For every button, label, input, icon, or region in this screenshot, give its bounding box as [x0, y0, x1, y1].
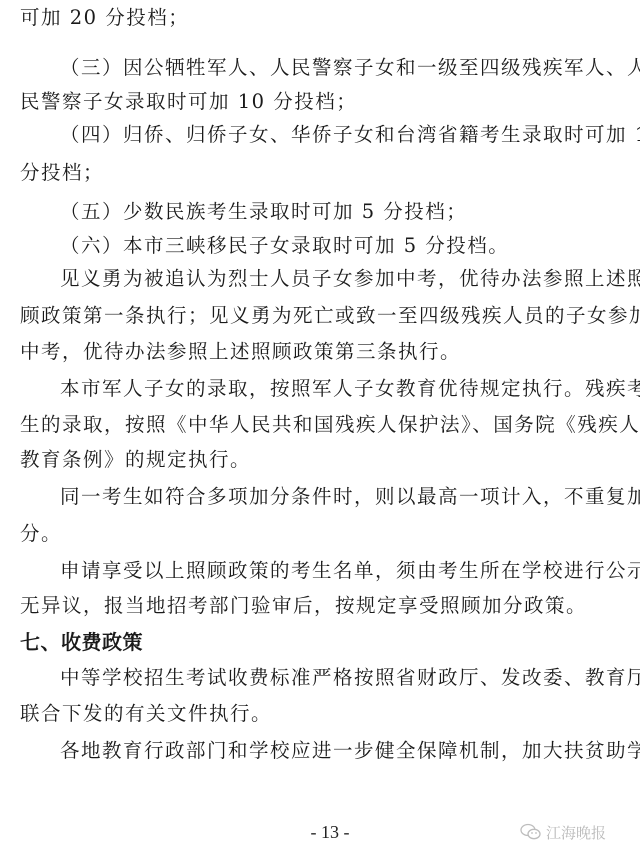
paragraph-line: 各地教育行政部门和学校应进一步健全保障机制，加大扶贫助学: [60, 737, 620, 765]
page-number: - 13 -: [300, 820, 360, 844]
watermark-text: 江海晚报: [546, 822, 606, 843]
paragraph-line: 申请享受以上照顾政策的考生名单，须由考生所在学校进行公示: [60, 557, 620, 585]
paragraph-line: （五）少数民族考生录取时可加 5 分投档；: [60, 198, 620, 226]
watermark: 江海晚报: [520, 820, 606, 844]
paragraph-line: 分。: [20, 520, 620, 548]
paragraph-line: 顾政策第一条执行；见义勇为死亡或致一至四级残疾人员的子女参加: [20, 302, 620, 330]
paragraph-line: （三）因公牺牲军人、人民警察子女和一级至四级残疾军人、人: [60, 54, 620, 82]
paragraph-line: 中等学校招生考试收费标准严格按照省财政厅、发改委、教育厅: [60, 664, 620, 692]
paragraph-line: 无异议，报当地招考部门验审后，按规定享受照顾加分政策。: [20, 592, 620, 620]
wechat-icon: [520, 823, 542, 841]
paragraph-line: 同一考生如符合多项加分条件时，则以最高一项计入，不重复加: [60, 483, 620, 511]
paragraph-line: （四）归侨、归侨子女、华侨子女和台湾省籍考生录取时可加 10: [60, 121, 620, 149]
paragraph-line: 教育条例》的规定执行。: [20, 446, 620, 474]
paragraph-line: 民警察子女录取时可加 10 分投档；: [20, 88, 620, 116]
section-heading: 七、收费政策: [20, 628, 620, 656]
paragraph-line: 分投档；: [20, 159, 620, 187]
paragraph-line: 可加 20 分投档；: [20, 4, 620, 32]
paragraph-line: （六）本市三峡移民子女录取时可加 5 分投档。: [60, 232, 620, 260]
paragraph-line: 本市军人子女的录取，按照军人子女教育优待规定执行。残疾考: [60, 375, 620, 403]
paragraph-line: 生的录取，按照《中华人民共和国残疾人保护法》、国务院《残疾人: [20, 411, 620, 439]
paragraph-line: 中考，优待办法参照上述照顾政策第三条执行。: [20, 338, 620, 366]
paragraph-line: 联合下发的有关文件执行。: [20, 700, 620, 728]
document-page: 可加 20 分投档；（三）因公牺牲军人、人民警察子女和一级至四级残疾军人、人民警…: [0, 0, 640, 865]
paragraph-line: 见义勇为被追认为烈士人员子女参加中考，优待办法参照上述照: [60, 265, 620, 293]
